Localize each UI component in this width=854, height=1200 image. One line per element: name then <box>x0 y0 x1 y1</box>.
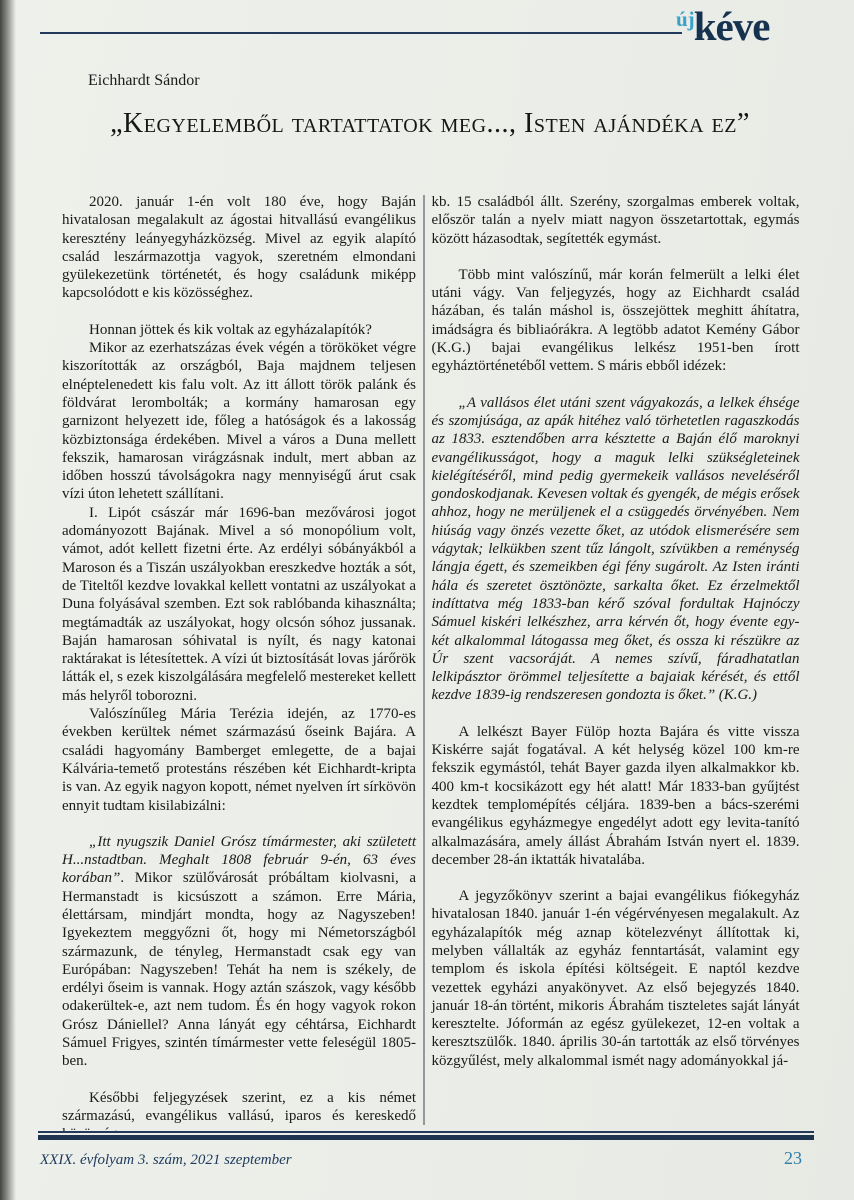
paragraph: A jegyzőkönyv szerint a bajai evangéliku… <box>432 887 800 1070</box>
paragraph: kb. 15 családból állt. Szerény, szorgalm… <box>432 193 800 248</box>
paragraph: Valószínűleg Mária Terézia idején, az 17… <box>62 705 416 815</box>
paragraph: „A vallásos élet utáni szent vágyakozás,… <box>432 394 800 705</box>
logo-name: kéve <box>694 6 770 47</box>
column-divider <box>423 195 425 1125</box>
issue-info: XXIX. évfolyam 3. szám, 2021 szeptember <box>40 1152 292 1169</box>
paragraph: 2020. január 1-én volt 180 éve, hogy Baj… <box>62 193 416 303</box>
header-rule <box>40 32 682 34</box>
magazine-page: újkéve Eichhardt Sándor „Kegyelemből tar… <box>0 0 854 1200</box>
paragraph: I. Lipót császár már 1696-ban mezővárosi… <box>62 504 416 705</box>
article-title: „Kegyelemből tartattatok meg..., Isten a… <box>56 108 804 140</box>
paragraph: A lelkészt Bayer Fülöp hozta Bajára és v… <box>432 723 800 869</box>
paragraph: Több mint valószínű, már korán felmerült… <box>432 266 800 376</box>
binding-shadow <box>0 0 16 1200</box>
paragraph: Mikor az ezerhatszázas évek végén a törö… <box>62 339 416 504</box>
article-columns: 2020. január 1-én volt 180 éve, hogy Baj… <box>62 193 800 1131</box>
footer-rule <box>38 1131 814 1140</box>
logo-prefix: új <box>676 9 695 30</box>
paragraph: Honnan jöttek és kik voltak az egyházala… <box>62 321 416 339</box>
paragraph: „Itt nyugszik Daniel Grósz tímármester, … <box>62 833 416 1071</box>
column-left: 2020. január 1-én volt 180 éve, hogy Baj… <box>62 193 416 1131</box>
author-byline: Eichhardt Sándor <box>88 72 200 90</box>
footer: XXIX. évfolyam 3. szám, 2021 szeptember … <box>40 1148 802 1169</box>
column-right: kb. 15 családból állt. Szerény, szorgalm… <box>432 193 800 1131</box>
paragraph: Későbbi feljegyzések szerint, ez a kis n… <box>62 1089 416 1131</box>
page-number: 23 <box>784 1148 802 1169</box>
magazine-logo: újkéve <box>676 6 769 47</box>
